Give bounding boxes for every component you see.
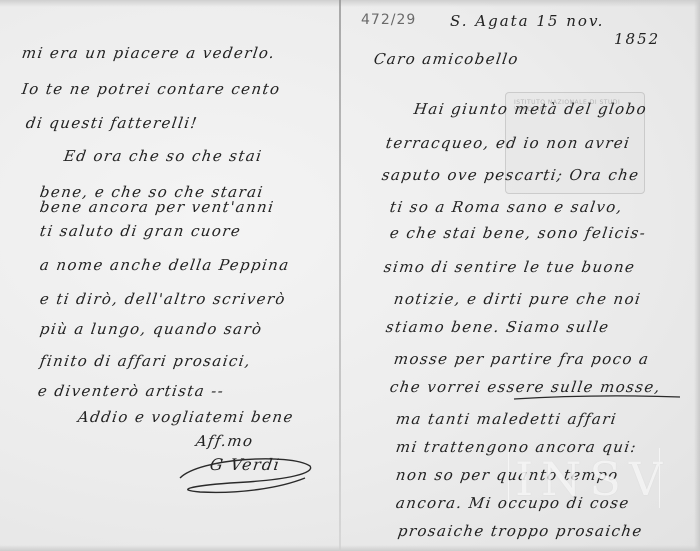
letter-line: ti saluto di gran cuore (39, 222, 243, 240)
letter-line: simo di sentire le tue buone (383, 258, 637, 276)
letter-line: e diventerò artista -- (37, 382, 226, 400)
letter-line: stiamo bene. Siamo sulle (385, 318, 611, 336)
letter-scan: mi era un piacere a vederlo. Io te ne po… (0, 0, 700, 551)
salutation: Caro amicobello (373, 50, 520, 68)
letter-line: terracqueo, ed io non avrei (385, 134, 632, 152)
letter-line: ma tanti maledetti affari (395, 410, 619, 428)
letter-line: e ti dirò, dell'altro scriverò (39, 290, 287, 308)
letter-line: e che stai bene, sono felicis- (389, 224, 648, 242)
watermark: INSV (515, 452, 670, 506)
letter-line: ti so a Roma sano e salvo, (389, 198, 624, 216)
center-fold-line (339, 0, 341, 551)
underline-stroke-icon (512, 393, 682, 403)
signature-flourish-icon (170, 448, 320, 498)
letter-line: bene ancora per vent'anni (39, 198, 276, 216)
letter-line: a nome anche della Peppina (39, 256, 291, 274)
letter-line: mosse per partire fra poco a (393, 350, 651, 368)
letter-line: Io te ne potrei contare cento (21, 80, 282, 98)
letter-line: Addio e vogliatemi bene (77, 408, 295, 426)
paper-right-edge (694, 0, 700, 551)
left-page: mi era un piacere a vederlo. Io te ne po… (0, 0, 338, 551)
archive-number: 472/29 (361, 12, 416, 28)
letter-line: Hai giunto metà del globo (413, 100, 649, 118)
letter-line: mi era un piacere a vederlo. (21, 44, 277, 62)
letter-line: finito di affari prosaici, (39, 352, 253, 370)
letter-line: più a lungo, quando sarò (39, 320, 264, 338)
letter-line: Ed ora che so che stai (63, 147, 264, 165)
letter-line: saputo ove pescarti; Ora che (381, 166, 641, 184)
letter-year: 1852 (614, 30, 660, 48)
letter-line: notizie, e dirti pure che noi (393, 290, 643, 308)
letter-line: di questi fatterelli! (25, 114, 199, 132)
letter-line: prosaiche troppo prosaiche (397, 522, 644, 540)
place-date: S. Agata 15 nov. (450, 12, 604, 30)
